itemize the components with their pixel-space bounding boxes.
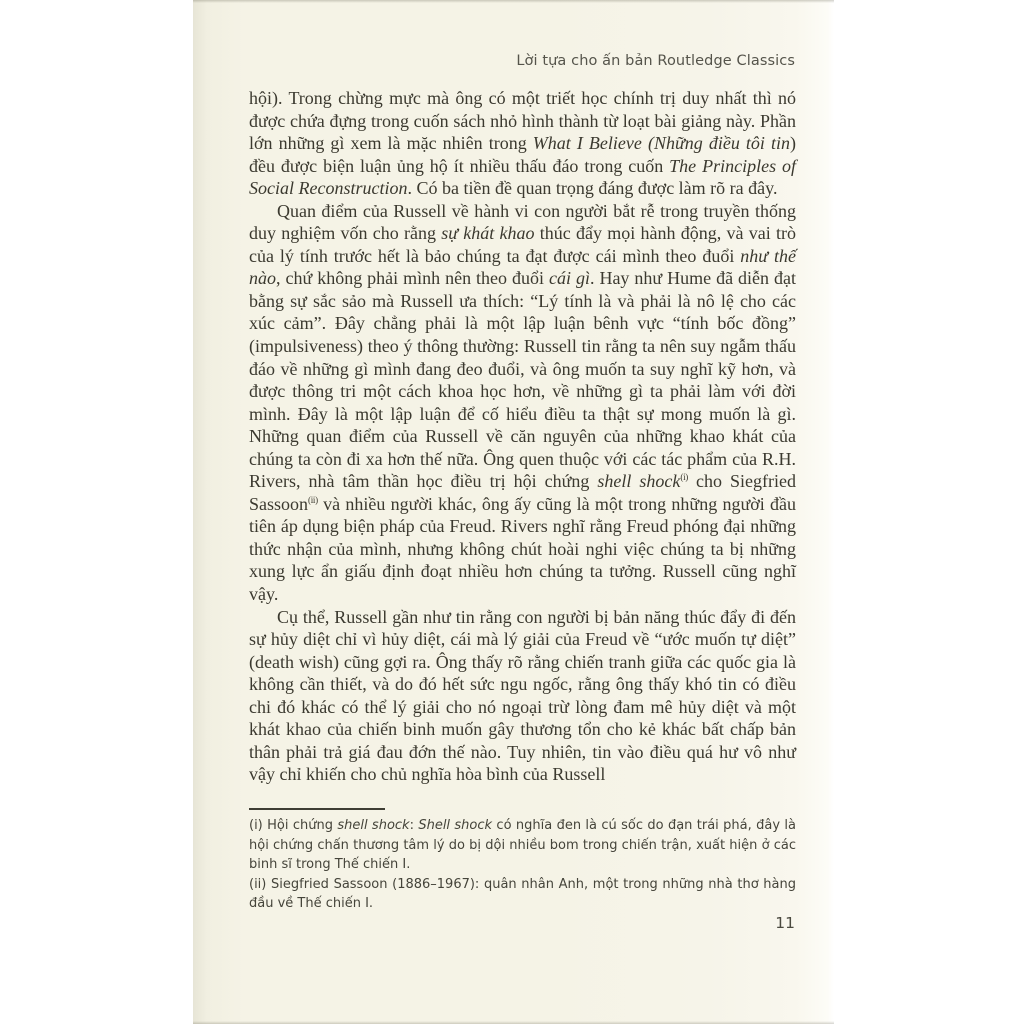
footnote-separator-rule — [249, 808, 385, 810]
page-number: 11 — [775, 914, 795, 932]
body-text-column: hội). Trong chừng mực mà ông có một triế… — [249, 87, 796, 786]
footnote-shell-shock: (i) Hội chứng shell shock: Shell shock c… — [249, 816, 796, 875]
paragraph-continuation: hội). Trong chừng mực mà ông có một triế… — [249, 87, 796, 200]
book-page: Lời tựa cho ấn bản Routledge Classics hộ… — [193, 0, 834, 1024]
footnote-sassoon: (ii) Siegfried Sassoon (1886–1967): quân… — [249, 875, 796, 914]
paragraph-destruction-instinct: Cụ thể, Russell gần như tin rằng con ngư… — [249, 606, 796, 786]
footnotes-block: (i) Hội chứng shell shock: Shell shock c… — [249, 816, 796, 914]
running-header: Lời tựa cho ấn bản Routledge Classics — [516, 53, 795, 69]
paragraph-russell-behavior: Quan điểm của Russell về hành vi con ngư… — [249, 200, 796, 606]
